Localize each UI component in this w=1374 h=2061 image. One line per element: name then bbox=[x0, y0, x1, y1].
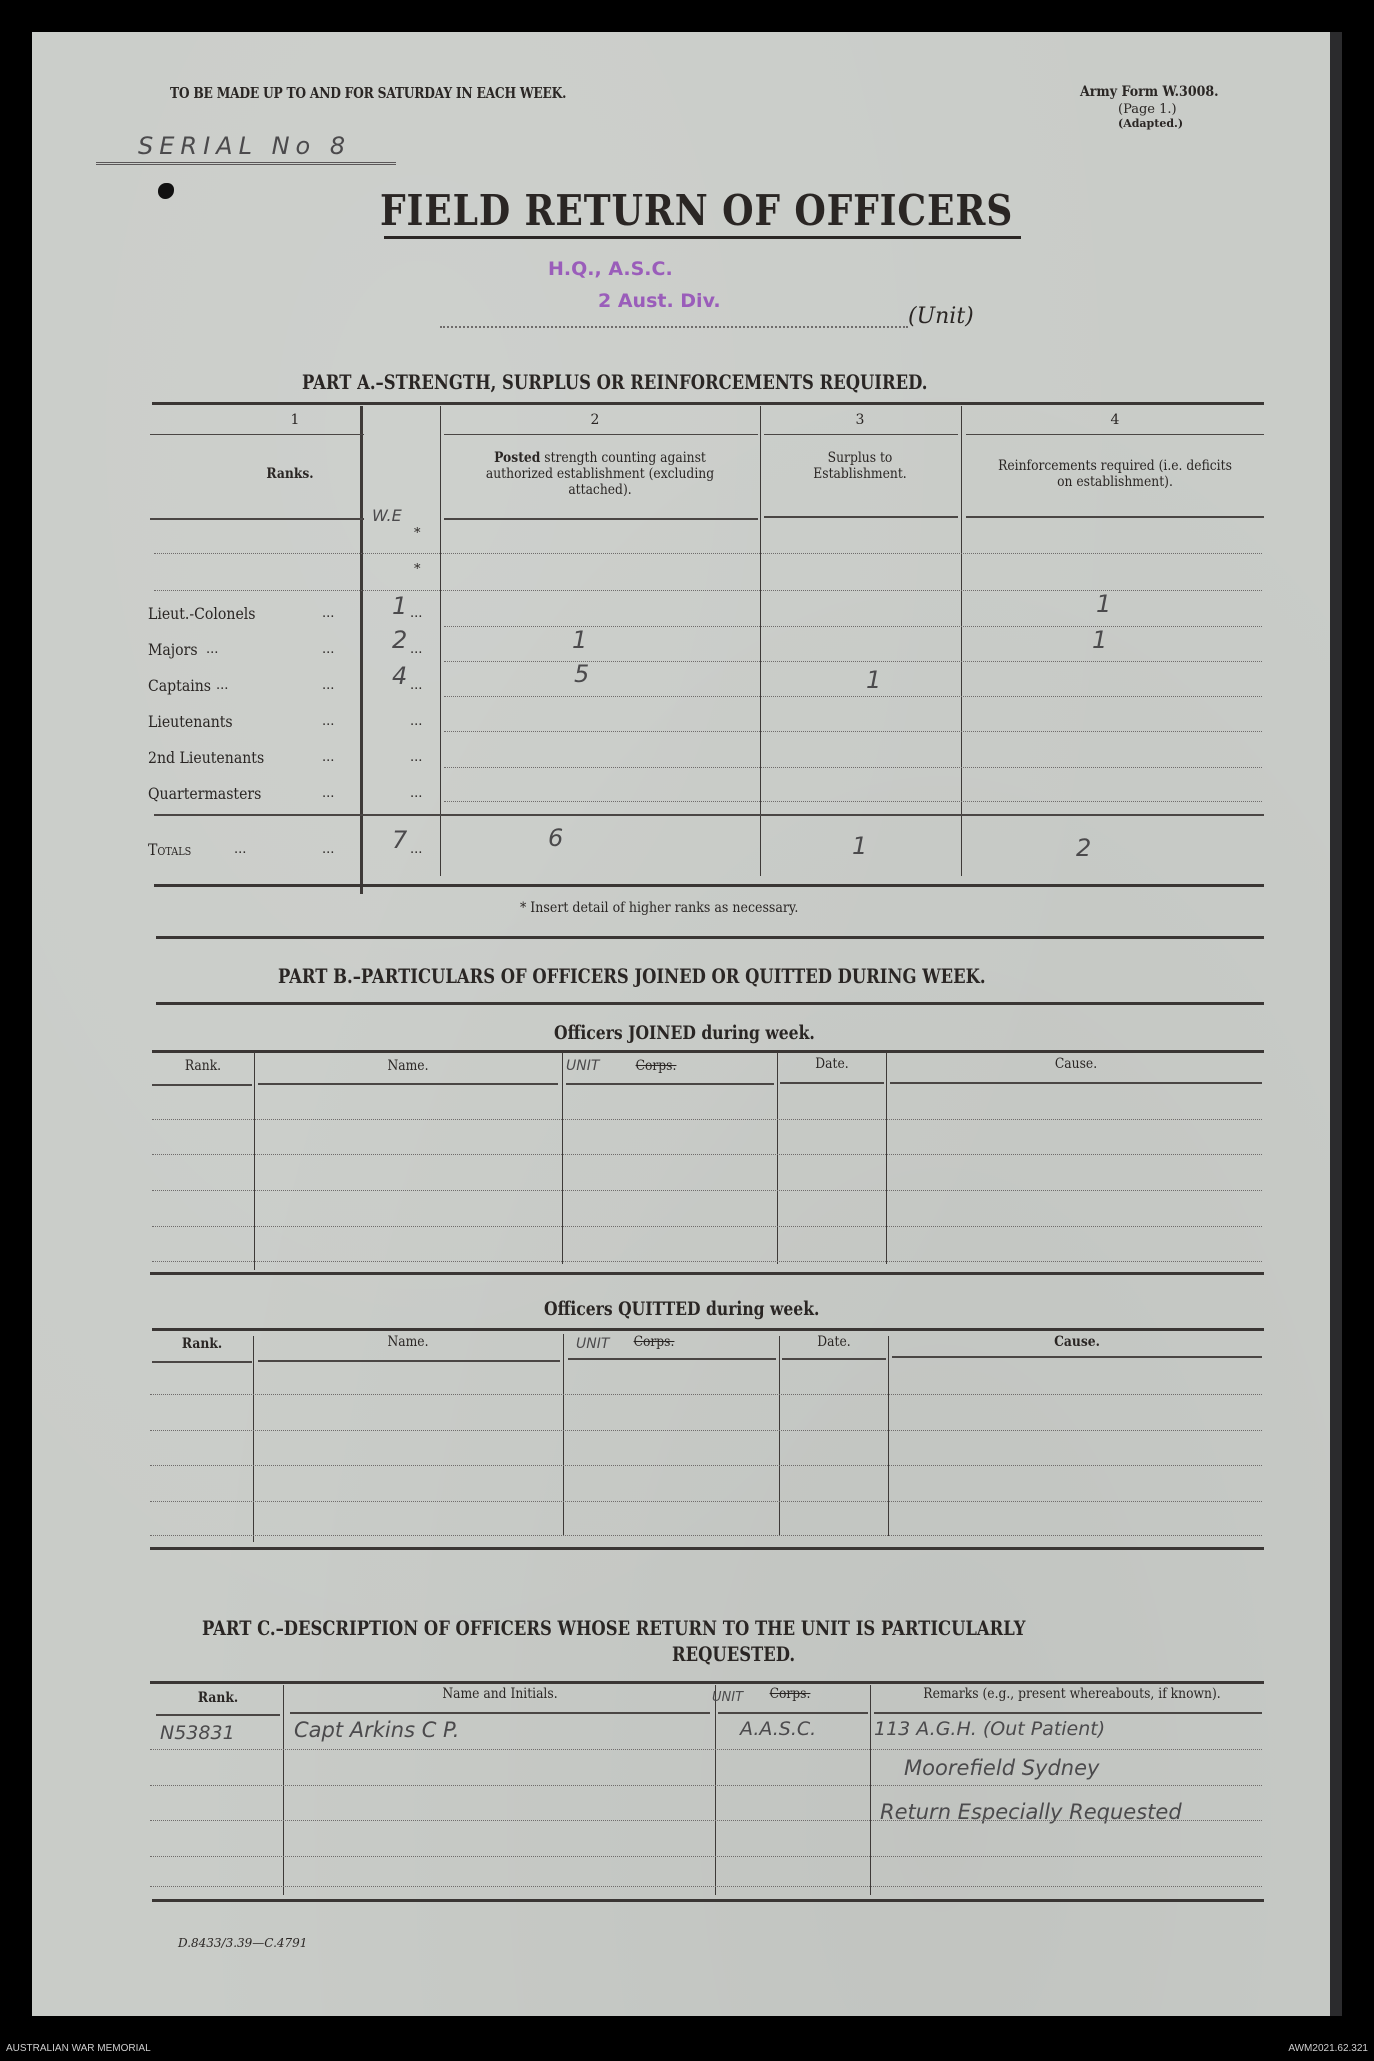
header-surplus: Surplus to Establishment. bbox=[798, 450, 921, 482]
part-c-row-line[interactable] bbox=[150, 1820, 1262, 1821]
row-dotted-line bbox=[444, 801, 1262, 802]
part-b-top-rule bbox=[156, 936, 1264, 939]
quitted-col-corps: Corps. bbox=[619, 1334, 689, 1350]
quitted-unit-handwritten: UNIT bbox=[576, 1336, 609, 1352]
reinforcements-value: 1 bbox=[1092, 626, 1107, 654]
instruction-note: TO BE MADE UP TO AND FOR SATURDAY IN EAC… bbox=[170, 84, 566, 102]
header-posted-bold: Posted bbox=[494, 450, 540, 466]
part-a-divider-ranks bbox=[360, 406, 363, 894]
joined-row-line[interactable] bbox=[152, 1190, 1262, 1191]
joined-col-rank: Rank. bbox=[162, 1058, 245, 1074]
column-number-1: 1 bbox=[280, 412, 310, 428]
totals-posted: 6 bbox=[548, 824, 563, 852]
leader-dots: ... bbox=[322, 786, 334, 801]
part-c-title-line1: PART C.–DESCRIPTION OF OFFICERS WHOSE RE… bbox=[202, 1616, 1025, 1640]
part-a-bottom-rule bbox=[154, 884, 1264, 887]
col-divider bbox=[563, 1334, 564, 1536]
officer-remarks-line2: Moorefield Sydney bbox=[904, 1756, 1099, 1780]
row-dotted-line bbox=[444, 696, 1262, 697]
row-dotted-line bbox=[444, 661, 1262, 662]
hdr-rule bbox=[290, 1712, 710, 1714]
we-value: 2 bbox=[392, 626, 407, 654]
hdr-rule bbox=[444, 434, 758, 435]
part-c-row-line[interactable] bbox=[150, 1749, 1262, 1750]
col-divider bbox=[870, 1685, 871, 1895]
posted-value: 1 bbox=[572, 626, 587, 654]
quitted-title: Officers QUITTED during week. bbox=[544, 1298, 819, 1320]
hdr-rule bbox=[718, 1712, 868, 1714]
part-c-title-line2: REQUESTED. bbox=[672, 1642, 795, 1666]
hdr-rule bbox=[150, 434, 364, 435]
hdr-rule bbox=[782, 1358, 886, 1360]
archive-accession-number: AWM2021.62.321 bbox=[1288, 2043, 1368, 2054]
leader-dots: ... bbox=[410, 842, 422, 857]
rank-label: 2nd Lieutenants bbox=[148, 748, 264, 767]
header-we-handwritten: W.E bbox=[372, 506, 402, 525]
rank-label: Majors bbox=[148, 640, 198, 659]
col-divider bbox=[777, 1052, 778, 1264]
we-value: 1 bbox=[392, 592, 407, 620]
totals-label: Totals bbox=[148, 840, 191, 859]
part-c-bottom-rule bbox=[152, 1899, 1264, 1902]
hdr-rule bbox=[874, 1712, 1262, 1714]
serial-number-handwritten: SERIAL No 8 bbox=[138, 132, 351, 160]
leader-dots: ... bbox=[322, 842, 334, 857]
archive-credit: AUSTRALIAN WAR MEMORIAL bbox=[6, 2043, 151, 2054]
header-ranks: Ranks. bbox=[246, 466, 334, 482]
part-a-divider-3 bbox=[961, 406, 962, 876]
quitted-row-line[interactable] bbox=[150, 1535, 1262, 1536]
leader-dots: ... bbox=[322, 606, 334, 621]
hdr-rule bbox=[892, 1356, 1262, 1358]
header-posted: Posted strength counting against authori… bbox=[468, 450, 732, 498]
leader-dots: ... bbox=[410, 606, 422, 621]
hdr-rule bbox=[156, 1714, 280, 1716]
quitted-row-line[interactable] bbox=[150, 1465, 1262, 1466]
leader-dots: ... bbox=[322, 750, 334, 765]
unit-stamp-line2: 2 Aust. Div. bbox=[598, 290, 721, 312]
hdr-rule bbox=[566, 1083, 774, 1085]
leader-dots: ... bbox=[322, 642, 334, 657]
col-divider bbox=[562, 1052, 563, 1264]
reinforcements-value: 1 bbox=[1096, 590, 1111, 618]
quitted-top-rule bbox=[152, 1328, 1264, 1331]
part-a-divider-2 bbox=[760, 406, 761, 876]
we-value: 4 bbox=[392, 662, 407, 690]
officer-name: Capt Arkins C P. bbox=[294, 1718, 459, 1742]
joined-col-corps: Corps. bbox=[621, 1058, 691, 1074]
hdr-rule bbox=[780, 1082, 884, 1084]
leader-dots: ... bbox=[322, 678, 334, 693]
totals-top-rule bbox=[154, 814, 1264, 816]
column-number-3: 3 bbox=[845, 412, 875, 428]
page-label: (Page 1.) bbox=[1118, 102, 1177, 117]
row-dotted-line bbox=[154, 553, 1262, 554]
row-dotted-line bbox=[444, 731, 1262, 732]
adapted-label: (Adapted.) bbox=[1118, 117, 1183, 130]
quitted-col-date: Date. bbox=[790, 1334, 878, 1350]
leader-dots: ... bbox=[410, 678, 422, 693]
leader-dots: ... bbox=[322, 714, 334, 729]
rank-label: Captains bbox=[148, 676, 211, 695]
header-reinforcements: Reinforcements required (i.e. deficits o… bbox=[996, 458, 1234, 490]
hdr-rule bbox=[764, 434, 958, 435]
totals-reinforcements: 2 bbox=[1076, 834, 1091, 862]
surplus-value: 1 bbox=[866, 666, 881, 694]
part-c-row-line[interactable] bbox=[150, 1886, 1262, 1887]
serial-underline bbox=[96, 162, 396, 165]
quitted-col-cause: Cause. bbox=[916, 1334, 1238, 1350]
col-divider bbox=[715, 1685, 716, 1895]
part-a-title: PART A.–STRENGTH, SURPLUS OR REINFORCEME… bbox=[302, 370, 927, 394]
part-a-divider-we bbox=[440, 406, 441, 876]
column-number-2: 2 bbox=[580, 412, 610, 428]
leader-dots: ... bbox=[410, 714, 422, 729]
hdr-bottom-rule bbox=[764, 516, 958, 518]
part-c-col-remarks: Remarks (e.g., present whereabouts, if k… bbox=[896, 1686, 1248, 1702]
joined-bottom-rule bbox=[150, 1272, 1264, 1275]
joined-row-line[interactable] bbox=[152, 1261, 1262, 1262]
unit-stamp-line1: H.Q., A.S.C. bbox=[548, 258, 673, 280]
quitted-row-line[interactable] bbox=[150, 1430, 1262, 1431]
part-c-row-line[interactable] bbox=[150, 1856, 1262, 1857]
quitted-col-rank: Rank. bbox=[160, 1336, 244, 1352]
part-c-unit-handwritten: UNIT bbox=[712, 1690, 743, 1705]
joined-top-rule bbox=[152, 1050, 1264, 1053]
leader-dots: ... bbox=[410, 642, 422, 657]
leader-dots: ... bbox=[216, 678, 228, 693]
totals-surplus: 1 bbox=[852, 832, 867, 860]
higher-rank-asterisk: * bbox=[414, 526, 421, 541]
joined-unit-handwritten: UNIT bbox=[566, 1058, 599, 1074]
hdr-bottom-rule bbox=[966, 516, 1264, 518]
print-code: D.8433/3.39—C.4791 bbox=[178, 1936, 307, 1950]
higher-ranks-footnote: * Insert detail of higher ranks as neces… bbox=[520, 900, 798, 916]
officer-remarks-line1: 113 A.G.H. (Out Patient) bbox=[874, 1718, 1105, 1740]
title-underline bbox=[384, 236, 1021, 239]
col-divider bbox=[779, 1336, 780, 1536]
quitted-row-line[interactable] bbox=[150, 1501, 1262, 1502]
joined-row-line[interactable] bbox=[152, 1119, 1262, 1120]
part-a-top-rule bbox=[152, 402, 1264, 405]
form-number: Army Form W.3008. bbox=[1080, 84, 1219, 100]
officer-rank-number: N53831 bbox=[160, 1722, 235, 1744]
paper-shadow-edge bbox=[1330, 32, 1342, 2016]
joined-row-line[interactable] bbox=[152, 1226, 1262, 1227]
joined-col-cause: Cause. bbox=[914, 1056, 1238, 1072]
rank-label: Quartermasters bbox=[148, 784, 261, 803]
higher-rank-asterisk: * bbox=[414, 562, 421, 577]
col-divider bbox=[886, 1052, 887, 1264]
col-divider bbox=[253, 1336, 254, 1542]
joined-row-line[interactable] bbox=[152, 1154, 1262, 1155]
part-c-col-corps: Corps. bbox=[755, 1686, 825, 1702]
leader-dots: ... bbox=[234, 842, 246, 857]
joined-col-date: Date. bbox=[788, 1056, 876, 1072]
col-divider bbox=[254, 1052, 255, 1270]
part-b-title: PART B.–PARTICULARS OF OFFICERS JOINED O… bbox=[278, 964, 986, 988]
hdr-rule bbox=[890, 1082, 1262, 1084]
part-c-col-name: Name and Initials. bbox=[315, 1686, 685, 1702]
quitted-col-name: Name. bbox=[278, 1334, 538, 1350]
hdr-rule bbox=[258, 1360, 560, 1362]
row-dotted-line bbox=[444, 767, 1262, 768]
page-title: FIELD RETURN OF OFFICERS bbox=[380, 186, 1013, 235]
column-number-4: 4 bbox=[1100, 412, 1130, 428]
hdr-rule bbox=[258, 1083, 558, 1085]
part-c-col-rank: Rank. bbox=[163, 1690, 272, 1706]
quitted-bottom-rule bbox=[150, 1547, 1264, 1550]
col-divider bbox=[888, 1336, 889, 1536]
joined-title: Officers JOINED during week. bbox=[554, 1022, 815, 1044]
quitted-row-line[interactable] bbox=[150, 1394, 1262, 1395]
hdr-rule bbox=[152, 1084, 252, 1086]
joined-col-name: Name. bbox=[278, 1058, 538, 1074]
leader-dots: ... bbox=[206, 642, 218, 657]
row-dotted-line bbox=[444, 626, 1262, 627]
leader-dots: ... bbox=[410, 750, 422, 765]
part-c-top-rule bbox=[150, 1681, 1264, 1684]
hdr-bottom-rule bbox=[444, 518, 758, 520]
hdr-bottom-rule bbox=[150, 518, 364, 520]
hdr-rule bbox=[966, 434, 1264, 435]
unit-label: (Unit) bbox=[908, 304, 974, 329]
part-c-row-line[interactable] bbox=[150, 1785, 1262, 1786]
col-divider bbox=[283, 1685, 284, 1895]
rank-label: Lieut.-Colonels bbox=[148, 604, 256, 623]
rank-label: Lieutenants bbox=[148, 712, 233, 731]
totals-we: 7 bbox=[392, 826, 407, 854]
officer-corps: A.A.S.C. bbox=[740, 1718, 816, 1740]
unit-field-line bbox=[440, 326, 908, 328]
part-b-title-rule bbox=[156, 1002, 1264, 1005]
hdr-rule bbox=[568, 1358, 776, 1360]
leader-dots: ... bbox=[410, 786, 422, 801]
posted-value: 5 bbox=[574, 660, 589, 688]
hdr-rule bbox=[152, 1361, 252, 1363]
